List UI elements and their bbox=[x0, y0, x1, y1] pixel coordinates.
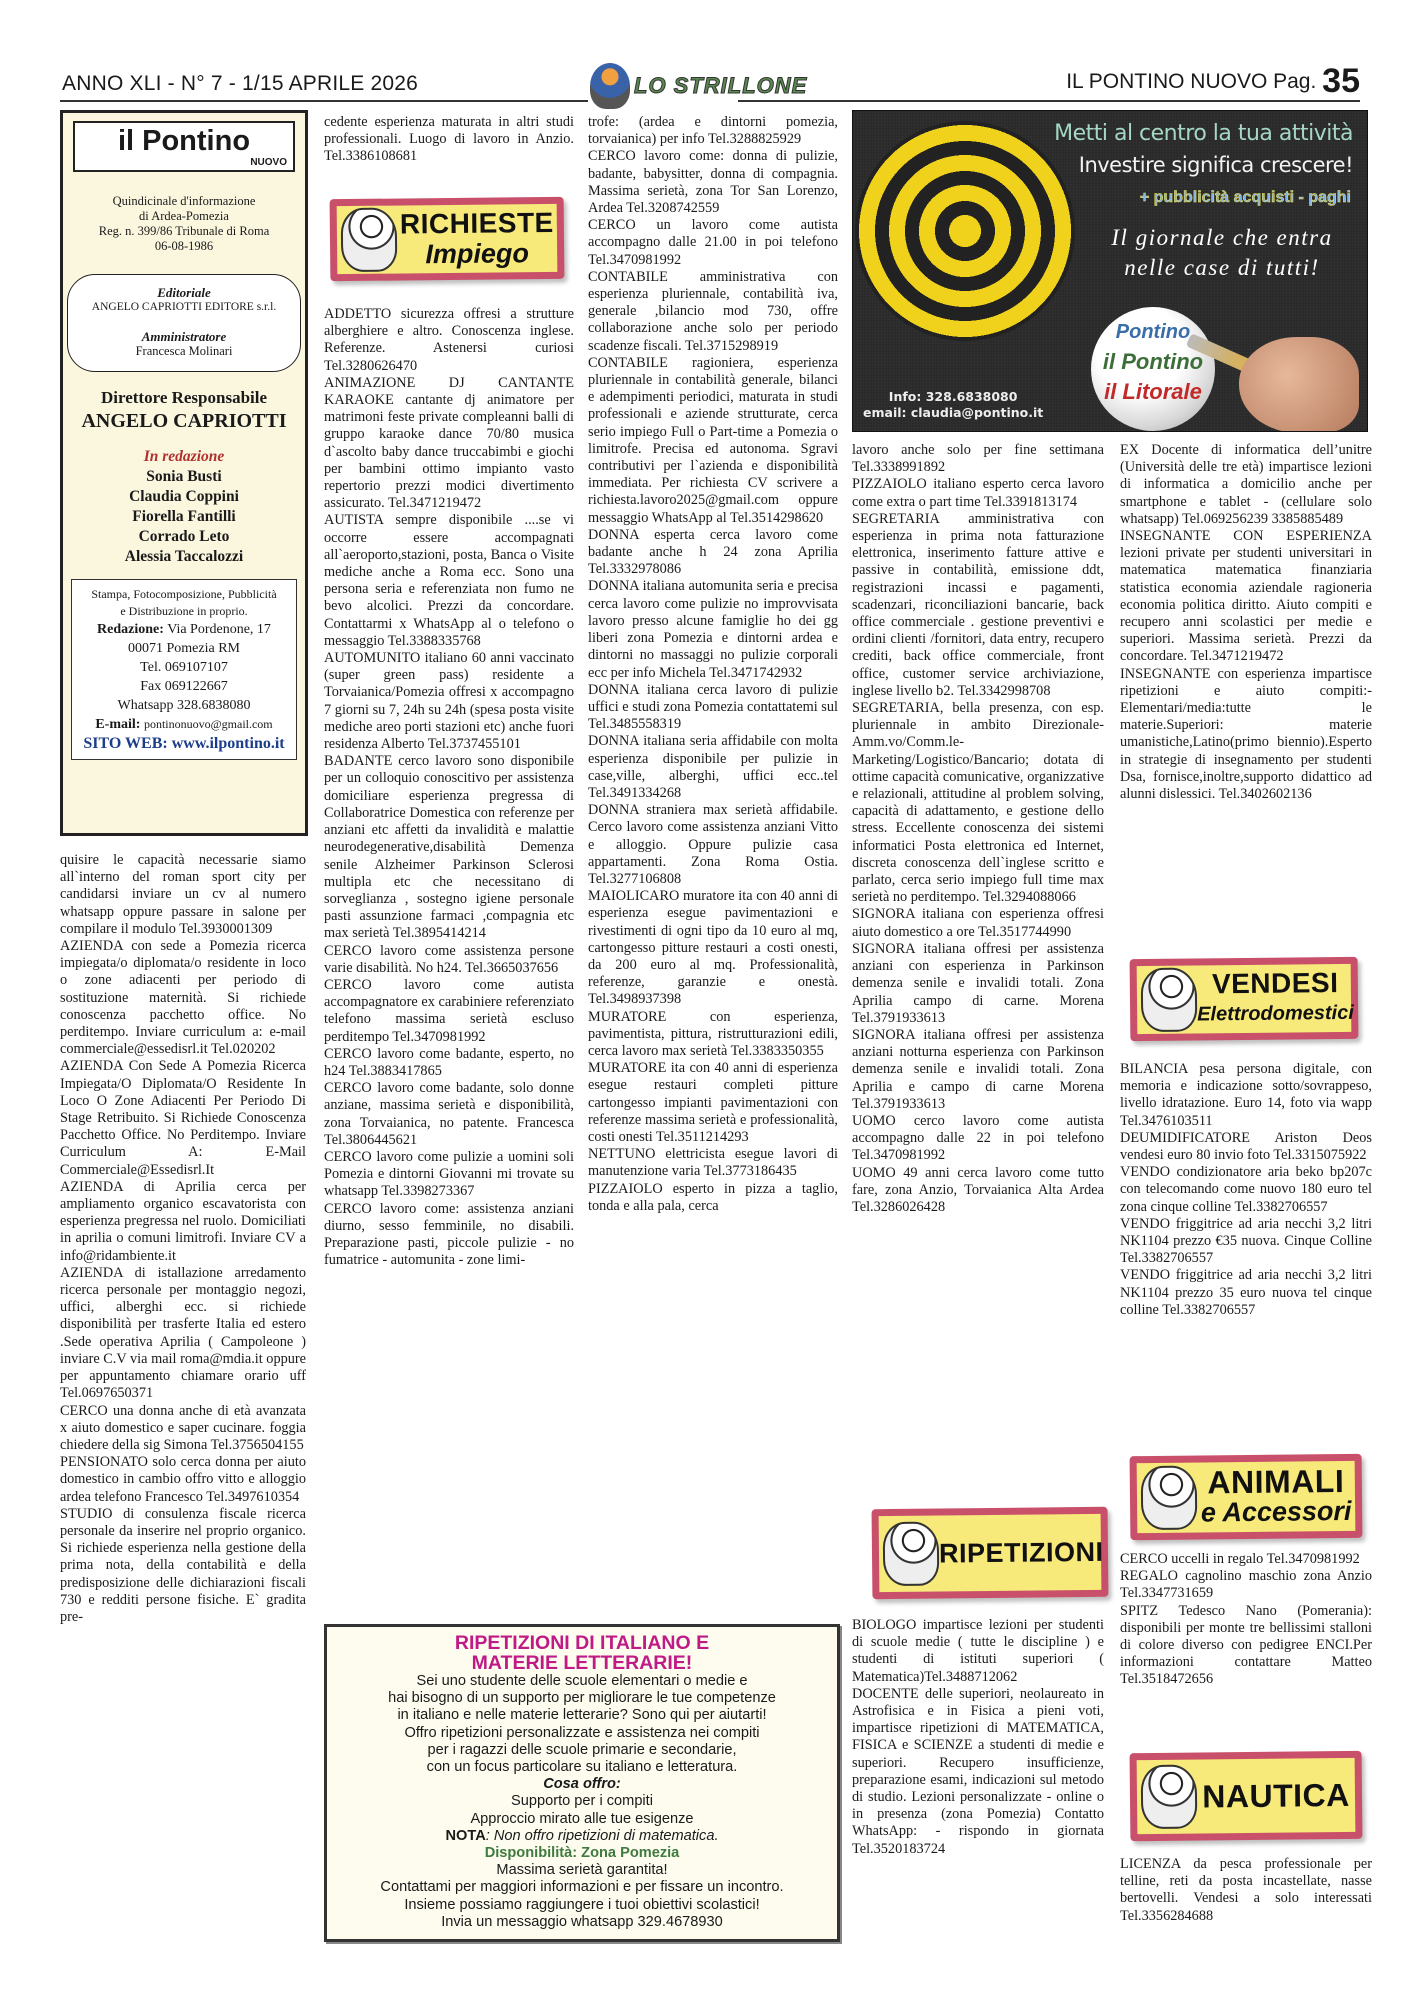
nota-text: : Non offro ripetizioni di matematica. bbox=[486, 1828, 719, 1844]
newsboy-mascot-icon bbox=[341, 208, 398, 273]
classified-ad: MURATORE ita con 40 anni di esperienza e… bbox=[588, 1060, 838, 1146]
classified-ad: CERCO lavoro come: donna di pulizie, bad… bbox=[588, 148, 838, 217]
offer-item: Supporto per i compiti bbox=[327, 1793, 837, 1810]
classified-ad: MURATORE con esperienza, pavimentista, p… bbox=[588, 1009, 838, 1061]
classified-ad: DONNA straniera max serietà affidabile. … bbox=[588, 802, 838, 888]
classified-ad: BILANCIA pesa persona digitale, con memo… bbox=[1120, 1061, 1372, 1130]
classified-ad: AUTISTA sempre disponibile ....se vi occ… bbox=[324, 512, 574, 650]
classified-ad: PENSIONATO solo cerca donna per aiuto do… bbox=[60, 1454, 306, 1506]
classified-ad: CONTABILE ragioniera, esperienza plurien… bbox=[588, 355, 838, 527]
editorial-staff: In redazione Sonia Busti Claudia Coppini… bbox=[63, 447, 305, 567]
promo-title-line-2: MATERIE LETTERARIE! bbox=[327, 1653, 837, 1673]
classified-ad: lavoro anche solo per fine settimana Tel… bbox=[852, 442, 1104, 476]
classified-ad: AZIENDA Con Sede A Pomezia Ricerca Impie… bbox=[60, 1058, 306, 1178]
contact-line: Insieme possiamo raggiungere i tuoi obie… bbox=[327, 1897, 837, 1914]
globe-label: il Pontino bbox=[1091, 349, 1215, 375]
classified-ad: AZIENDA di istallazione arredamento rice… bbox=[60, 1265, 306, 1403]
stampa-line: Stampa, Fotocomposizione, Pubblicità bbox=[76, 586, 292, 603]
classified-ad: CERCO lavoro come pulizie a uomini soli … bbox=[324, 1149, 574, 1201]
masthead-subtitle: NUOVO bbox=[81, 157, 287, 168]
classified-ad: LICENZA da pesca professionale per telli… bbox=[1120, 1856, 1372, 1925]
classified-ad: AZIENDA di Aprilia cerca per ampliamento… bbox=[60, 1179, 306, 1265]
staff-member: Corrado Leto bbox=[63, 527, 305, 547]
promo-line: con un focus particolare su italiano e l… bbox=[327, 1759, 837, 1776]
newspaper-globe-icon: Pontino il Pontino il Litorale bbox=[1091, 307, 1215, 431]
ad-headline: Metti al centro la tua attività bbox=[1054, 121, 1353, 146]
classified-ad: PIZZAIOLO italiano esperto cerca lavoro … bbox=[852, 476, 1104, 510]
masthead-box: il Pontino NUOVO Quindicinale d'informaz… bbox=[60, 110, 308, 836]
publication-info: Quindicinale d'informazione di Ardea-Pom… bbox=[63, 194, 305, 254]
classified-ad: MAIOLICARO muratore ita con 40 anni di e… bbox=[588, 888, 838, 1008]
info-line: 06-08-1986 bbox=[63, 239, 305, 254]
section-badge-ripetizioni: RIPETIZIONI bbox=[872, 1507, 1109, 1599]
newsboy-mascot-icon bbox=[1141, 1466, 1198, 1531]
editoriale-label: Editoriale bbox=[72, 285, 296, 300]
direttore-label: Direttore Responsabile bbox=[63, 388, 305, 408]
masthead-title: il Pontino bbox=[81, 125, 287, 157]
classified-ad: SEGRETARIA amministrativa con esperienza… bbox=[852, 511, 1104, 700]
classified-ad: VENDO condizionatore aria beko bp207c co… bbox=[1120, 1164, 1372, 1216]
header-rule-right bbox=[738, 100, 1360, 102]
badge-title: ANIMALI bbox=[1197, 1466, 1355, 1498]
section-badge-animali: ANIMALIe Accessori bbox=[1130, 1454, 1363, 1540]
contacts-box: Stampa, Fotocomposizione, Pubblicità e D… bbox=[71, 579, 297, 760]
issue-info: ANNO XLI - N° 7 - 1/15 APRILE 2026 bbox=[62, 72, 418, 96]
classified-ad: AUTOMUNITO italiano 60 anni vaccinato (s… bbox=[324, 650, 574, 753]
classified-ad: SIGNORA italiana con esperienza offresi … bbox=[852, 906, 1104, 940]
globe-label: il Litorale bbox=[1091, 379, 1215, 405]
classifieds-column-4: lavoro anche solo per fine settimana Tel… bbox=[852, 442, 1104, 1216]
classified-ad: SIGNORA italiana offresi per assistenza … bbox=[852, 1027, 1104, 1113]
classified-ad: CERCO un lavoro come autista accompagno … bbox=[588, 217, 838, 269]
classified-ad: SEGRETARIA, bella presenza, con esp. plu… bbox=[852, 700, 1104, 906]
classified-ad: DONNA italiana seria affidabile con molt… bbox=[588, 733, 838, 802]
staff-member: Claudia Coppini bbox=[63, 487, 305, 507]
director: Direttore Responsabile ANGELO CAPRIOTTI bbox=[63, 388, 305, 433]
classified-ad: UOMO 49 anni cerca lavoro come tutto far… bbox=[852, 1165, 1104, 1217]
newsboy-mascot-icon bbox=[1141, 967, 1198, 1032]
ad-tagline: + pubblicità acquisti - paghi bbox=[1140, 189, 1351, 207]
classified-ad: ANIMAZIONE DJ CANTANTE KARAOKE cantante … bbox=[324, 375, 574, 513]
ad-slogan: Il giornale che entra nelle case di tutt… bbox=[1097, 223, 1347, 283]
classified-ad: NETTUNO elettricista esegue lavori di ma… bbox=[588, 1146, 838, 1180]
section-badge-richieste-impiego: RICHIESTEImpiego bbox=[330, 197, 565, 281]
classified-ad: BIOLOGO impartisce lezioni per studenti … bbox=[852, 1617, 1104, 1686]
tutoring-promo-box: RIPETIZIONI DI ITALIANO E MATERIE LETTER… bbox=[324, 1624, 840, 1942]
promo-line: Sei uno studente delle scuole elementari… bbox=[327, 1673, 837, 1690]
advertisement-banner: Metti al centro la tua attività Investir… bbox=[852, 110, 1368, 432]
classifieds-animali: CERCO uccelli in regalo Tel.3470981992 R… bbox=[1120, 1551, 1372, 1689]
info-line: di Ardea-Pomezia bbox=[63, 209, 305, 224]
classified-ad: DEUMIDIFICATORE Ariston Deos vendesi eur… bbox=[1120, 1130, 1372, 1164]
classified-ad: AZIENDA con sede a Pomezia ricerca impie… bbox=[60, 938, 306, 1058]
email-label: E-mail: bbox=[95, 717, 140, 732]
header-rule-left bbox=[60, 100, 588, 102]
availability: Disponibilità: Zona Pomezia bbox=[327, 1845, 837, 1862]
whatsapp: Whatsapp 328.6838080 bbox=[76, 696, 292, 715]
classified-ad: CERCO lavoro come badante, solo donne an… bbox=[324, 1080, 574, 1149]
classified-ad: VENDO friggitrice ad aria necchi 3,2 lit… bbox=[1120, 1216, 1372, 1268]
staff-member: Fiorella Fantilli bbox=[63, 507, 305, 527]
promo-title-line-1: RIPETIZIONI DI ITALIANO E bbox=[327, 1633, 837, 1653]
badge-title: RIPETIZIONI bbox=[939, 1537, 1104, 1569]
classifieds-nautica: LICENZA da pesca professionale per telli… bbox=[1120, 1856, 1372, 1925]
classified-ad: INSEGNANTE CON ESPERIENZA lezioni privat… bbox=[1120, 528, 1372, 666]
classified-ad: DONNA esperta cerca lavoro come badante … bbox=[588, 527, 838, 579]
classified-ad: DONNA italiana automunita seria e precis… bbox=[588, 578, 838, 681]
classified-ad: BADANTE cerco lavoro sono disponibile pe… bbox=[324, 753, 574, 942]
newsboy-mascot-icon bbox=[1141, 1765, 1198, 1830]
staff-member: Alessia Taccalozzi bbox=[63, 547, 305, 567]
classifieds-vendesi: BILANCIA pesa persona digitale, con memo… bbox=[1120, 1061, 1372, 1319]
logo-text: LO STRILLONE bbox=[634, 73, 807, 99]
section-badge-nautica: NAUTICA bbox=[1130, 1751, 1363, 1841]
address-label: Redazione: bbox=[97, 622, 164, 637]
badge-title: NAUTICA bbox=[1197, 1780, 1355, 1812]
phone: Tel. 069107107 bbox=[76, 658, 292, 677]
classified-ad: quisire le capacità necessarie siamo all… bbox=[60, 852, 306, 938]
web-label: SITO WEB: bbox=[83, 735, 167, 752]
classifieds-column-2: ADDETTO sicurezza offresi a strutture al… bbox=[324, 306, 574, 1269]
promo-line: in italiano e nelle materie letterarie? … bbox=[327, 1707, 837, 1724]
classified-ad: PIZZAIOLO esperto in pizza a taglio, ton… bbox=[588, 1181, 838, 1215]
amministratore-label: Amministratore bbox=[72, 329, 296, 344]
contact-line: Invia un messaggio whatsapp 329.4678930 bbox=[327, 1914, 837, 1931]
promo-line: Offro ripetizioni personalizzate e assis… bbox=[327, 1725, 837, 1742]
offer-label: Cosa offro: bbox=[327, 1776, 837, 1793]
classified-ad: CERCO una donna anche di età avanzata x … bbox=[60, 1403, 306, 1455]
promo-line: hai bisogno di un supporto per migliorar… bbox=[327, 1690, 837, 1707]
classifieds-ripetizioni: BIOLOGO impartisce lezioni per studenti … bbox=[852, 1617, 1104, 1858]
direttore-value: ANGELO CAPRIOTTI bbox=[63, 410, 305, 433]
promo-line: per i ragazzi delle scuole primarie e se… bbox=[327, 1742, 837, 1759]
classifieds-column-1: quisire le capacità necessarie siamo all… bbox=[60, 852, 306, 1626]
classified-ad: SIGNORA italiana offresi per assistenza … bbox=[852, 941, 1104, 1027]
classified-ad: CONTABILE amministrativa con esperienza … bbox=[588, 269, 838, 355]
classified-ad: CERCO lavoro come autista accompagnatore… bbox=[324, 977, 574, 1046]
classified-ad: DONNA italiana cerca lavoro di pulizie u… bbox=[588, 682, 838, 734]
page-number: 35 bbox=[1322, 62, 1360, 100]
classified-ad: trofe: (ardea e dintorni pomezia, torvai… bbox=[588, 114, 838, 148]
staff-member: Sonia Busti bbox=[63, 467, 305, 487]
badge-subtitle: Elettrodomestici bbox=[1197, 998, 1354, 1030]
serieta: Massima serietà garantita! bbox=[327, 1862, 837, 1879]
ad-contact: Info: 328.6838080 email: claudia@pontino… bbox=[863, 389, 1043, 421]
classified-ad: ADDETTO sicurezza offresi a strutture al… bbox=[324, 306, 574, 375]
classifieds-column-2-top: cedente esperienza maturata in altri stu… bbox=[324, 114, 574, 166]
contact-line: Contattami per maggiori informazioni e p… bbox=[327, 1879, 837, 1896]
badge-title: RICHIESTE bbox=[397, 208, 557, 240]
section-badge-vendesi: VENDESIElettrodomestici bbox=[1130, 957, 1359, 1041]
lo-strillone-logo: LO STRILLONE bbox=[590, 62, 830, 110]
dartboard-target-icon bbox=[855, 121, 1075, 341]
masthead-title-box: il Pontino NUOVO bbox=[73, 121, 295, 172]
ad-phone: Info: 328.6838080 bbox=[863, 389, 1043, 405]
classified-ad: DOCENTE delle superiori, neolaureato in … bbox=[852, 1686, 1104, 1858]
redazione-label: In redazione bbox=[63, 447, 305, 467]
classified-ad: CERCO uccelli in regalo Tel.3470981992 bbox=[1120, 1551, 1372, 1568]
newsboy-mascot-icon bbox=[590, 63, 630, 109]
classified-ad: CERCO lavoro come assistenza persone var… bbox=[324, 943, 574, 977]
ad-email: email: claudia@pontino.it bbox=[863, 405, 1043, 421]
paper-name: IL PONTINO NUOVO Pag. bbox=[1066, 70, 1316, 93]
classified-ad: UOMO cerco lavoro come autista accompagn… bbox=[852, 1113, 1104, 1165]
classified-ad: CERCO lavoro come badante, esperto, no h… bbox=[324, 1046, 574, 1080]
editor-box: Editoriale ANGELO CAPRIOTTI EDITORE s.r.… bbox=[67, 274, 301, 372]
city: 00071 Pomezia RM bbox=[76, 639, 292, 658]
classified-ad: REGALO cagnolino maschio zona Anzio Tel.… bbox=[1120, 1568, 1372, 1602]
info-line: Reg. n. 399/86 Tribunale di Roma bbox=[63, 224, 305, 239]
amministratore-value: Francesca Molinari bbox=[72, 344, 296, 359]
ad-subheadline: Investire significa crescere! bbox=[1079, 153, 1353, 177]
classified-ad: STUDIO di consulenza fiscale ricerca per… bbox=[60, 1506, 306, 1626]
address: Via Pordenone, 17 bbox=[167, 622, 271, 637]
badge-title: VENDESI bbox=[1197, 968, 1354, 1000]
classified-ad: EX Docente di informatica dell’unitre (U… bbox=[1120, 442, 1372, 528]
hand-icon bbox=[1239, 337, 1359, 432]
page-header-right: IL PONTINO NUOVO Pag. 35 bbox=[1066, 62, 1360, 101]
classifieds-column-3: trofe: (ardea e dintorni pomezia, torvai… bbox=[588, 114, 838, 1215]
info-line: Quindicinale d'informazione bbox=[63, 194, 305, 209]
fax: Fax 069122667 bbox=[76, 677, 292, 696]
classified-ad: SPITZ Tedesco Nano (Pomerania): disponib… bbox=[1120, 1603, 1372, 1689]
editoriale-value: ANGELO CAPRIOTTI EDITORE s.r.l. bbox=[72, 300, 296, 315]
classified-ad: INSEGNANTE con esperienza impartisce rip… bbox=[1120, 666, 1372, 804]
stampa-line: e Distribuzione in proprio. bbox=[76, 603, 292, 620]
badge-subtitle: e Accessori bbox=[1197, 1496, 1355, 1528]
badge-subtitle: Impiego bbox=[397, 238, 557, 270]
classified-ad: VENDO friggitrice ad aria necchi 3,2 lit… bbox=[1120, 1267, 1372, 1319]
email-link[interactable]: pontinonuovo@gmail.com bbox=[144, 717, 273, 731]
classifieds-column-5: EX Docente di informatica dell’unitre (U… bbox=[1120, 442, 1372, 803]
nota-label: NOTA bbox=[445, 1828, 485, 1844]
offer-item: Approccio mirato alle tue esigenze bbox=[327, 1811, 837, 1828]
website-link[interactable]: www.ilpontino.it bbox=[172, 735, 285, 752]
newsboy-mascot-icon bbox=[883, 1522, 940, 1587]
classified-ad: cedente esperienza maturata in altri stu… bbox=[324, 114, 574, 166]
classified-ad: CERCO lavoro come: assistenza anziani di… bbox=[324, 1201, 574, 1270]
